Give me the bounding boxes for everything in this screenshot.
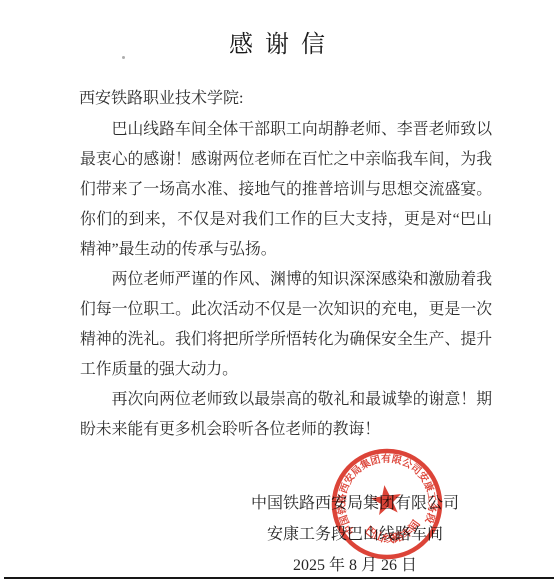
page-bottom-border: [4, 577, 554, 579]
letter-page: 感谢信 西安铁路职业技术学院: 巴山线路车间全体干部职工向胡静老师、李晋老师致以…: [0, 0, 554, 584]
seal-star-icon: [369, 483, 403, 516]
official-seal-stamp: 中国铁路西安局集团有限公司安康工务段 巴山线路车间: [330, 447, 444, 561]
scan-artifact-dot: [122, 56, 125, 59]
salutation: 西安铁路职业技术学院:: [79, 89, 243, 109]
seal-bottom-text: 巴山线路车间: [361, 516, 425, 550]
body-paragraph: 再次向两位老师致以最崇高的敬礼和最诚挚的谢意！期盼未来能有更多机会聆听各位老师的…: [80, 385, 492, 445]
letter-body: 巴山线路车间全体干部职工向胡静老师、李晋老师致以最衷心的感谢！感谢两位老师在百忙…: [80, 115, 492, 445]
letter-title: 感谢信: [0, 24, 554, 59]
svg-text:巴山线路车间: 巴山线路车间: [361, 516, 425, 550]
body-paragraph: 两位老师严谨的作风、渊博的知识深深感染和激励着我们每一位职工。此次活动不仅是一次…: [80, 265, 492, 385]
body-paragraph: 巴山线路车间全体干部职工向胡静老师、李晋老师致以最衷心的感谢！感谢两位老师在百忙…: [80, 115, 492, 265]
